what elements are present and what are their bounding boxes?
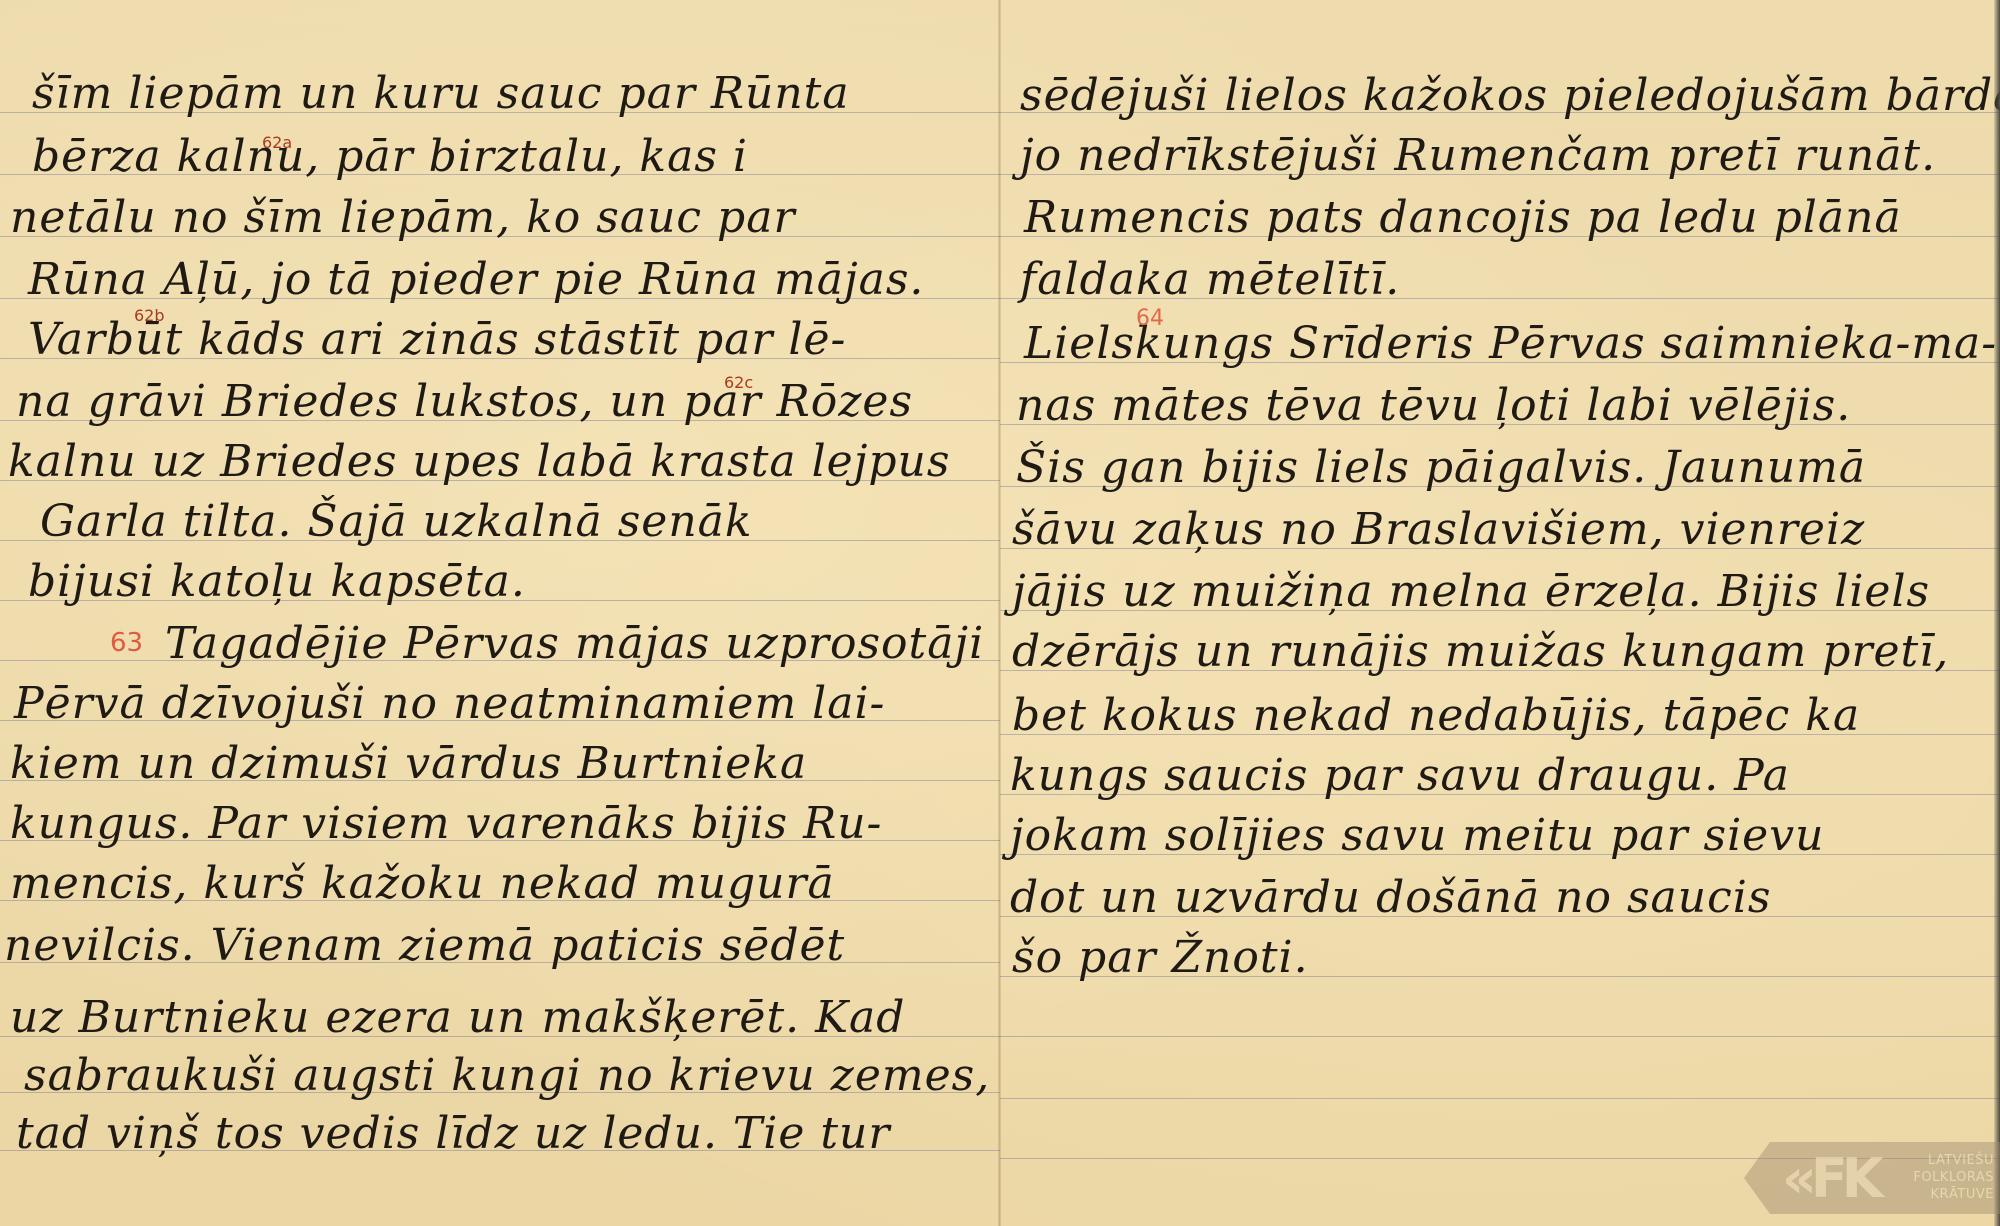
right-line-12: kungs saucis par savu draugu. Pa bbox=[1010, 754, 1790, 798]
right-line-10: dzērājs un runājis muižas kungam pretī, bbox=[1012, 630, 1949, 674]
right-line-3: Rumencis pats dancojis pa ledu plānā bbox=[1024, 196, 1902, 240]
right-line-1: sēdējuši lielos kažokos pieledojušām bār… bbox=[1020, 74, 2000, 118]
left-line-13: kungus. Par visiem varenāks bijis Ru- bbox=[10, 802, 882, 846]
left-line-7: kalnu uz Briedes upes labā krasta lejpus bbox=[8, 440, 950, 484]
left-line-6: na grāvi Briedes lukstos, un par Rōzes bbox=[16, 380, 913, 424]
left-line-11: Pērvā dzīvojuši no neatminamiem lai- bbox=[14, 682, 885, 726]
left-line-15: nevilcis. Vienam ziemā paticis sēdēt bbox=[4, 924, 845, 968]
left-line-14: mencis, kurš kažoku nekad mugurā bbox=[10, 862, 835, 906]
right-line-4: faldaka mētelītī. bbox=[1020, 258, 1400, 302]
right-line-2: jo nedrīkstējuši Rumenčam pretī runāt. bbox=[1020, 134, 1936, 178]
archive-watermark: «FK LATVIEŠU FOLKLORAS KRĀTUVE bbox=[1744, 1142, 2000, 1218]
left-line-3: netālu no šīm liepām, ko sauc par bbox=[10, 196, 796, 240]
section-marker-64: 64 bbox=[1136, 308, 1164, 330]
right-line-7: Šis gan bijis liels pāigalvis. Jaunumā bbox=[1016, 446, 1866, 490]
footnote-marker-62c: 62c bbox=[724, 375, 753, 391]
right-line-9: jājis uz muižiņa melna ērzeļa. Bijis lie… bbox=[1012, 570, 1930, 614]
left-line-18: tad viņš tos vedis līdz uz ledu. Tie tur bbox=[16, 1112, 890, 1156]
right-page: sēdējuši lielos kažokos pieledojušām bār… bbox=[1000, 0, 2000, 1226]
rule-line bbox=[1000, 1036, 2000, 1037]
right-line-6: nas mātes tēva tēvu ļoti labi vēlējis. bbox=[1016, 384, 1851, 428]
left-line-4: Rūna Aļū, jo tā pieder pie Rūna mājas. bbox=[28, 258, 924, 302]
watermark-text: LATVIEŠU FOLKLORAS KRĀTUVE bbox=[1894, 1152, 1994, 1203]
manuscript-spread: šīm liepām un kuru sauc par Rūnta bērza … bbox=[0, 0, 2000, 1226]
right-line-13: jokam solījies savu meitu par sievu bbox=[1010, 814, 1824, 858]
left-line-8: Garla tilta. Šajā uzkalnā senāk bbox=[40, 500, 753, 544]
left-line-17: sabraukuši augsti kungi no krievu zemes, bbox=[24, 1054, 990, 1098]
left-line-2: bērza kalnu, pār birztalu, kas i bbox=[32, 135, 748, 179]
left-page: šīm liepām un kuru sauc par Rūnta bērza … bbox=[0, 0, 1000, 1226]
left-line-16: uz Burtnieku ezera un makšķerēt. Kad bbox=[10, 996, 905, 1040]
watermark-line-3: KRĀTUVE bbox=[1894, 1186, 1994, 1203]
watermark-line-1: LATVIEŠU bbox=[1894, 1152, 1994, 1169]
left-line-10: Tagadējie Pērvas mājas uzprosotāji bbox=[165, 622, 984, 666]
left-line-1: šīm liepām un kuru sauc par Rūnta bbox=[32, 72, 850, 116]
section-marker-63: 63 bbox=[110, 630, 143, 656]
footnote-marker-62a: 62a bbox=[262, 135, 292, 151]
right-line-11: bet kokus nekad nedabūjis, tāpēc ka bbox=[1012, 694, 1860, 738]
lfk-logo-icon: «FK bbox=[1782, 1152, 1882, 1206]
left-line-12: kiem un dzimuši vārdus Burtnieka bbox=[10, 742, 807, 786]
footnote-marker-62b: 62b bbox=[134, 308, 165, 324]
right-line-15: šo par Žnoti. bbox=[1012, 936, 1309, 980]
page-edge-shadow bbox=[1994, 0, 2000, 1226]
left-line-9: bijusi katoļu kapsēta. bbox=[28, 560, 526, 604]
watermark-line-2: FOLKLORAS bbox=[1894, 1169, 1994, 1186]
right-line-14: dot un uzvārdu došānā no saucis bbox=[1010, 876, 1771, 920]
rule-line bbox=[1000, 1098, 2000, 1099]
right-line-8: šāvu zaķus no Braslavišiem, vienreiz bbox=[1012, 508, 1865, 552]
right-line-5: Lielskungs Srīderis Pērvas saimnieka-ma- bbox=[1024, 322, 1997, 366]
